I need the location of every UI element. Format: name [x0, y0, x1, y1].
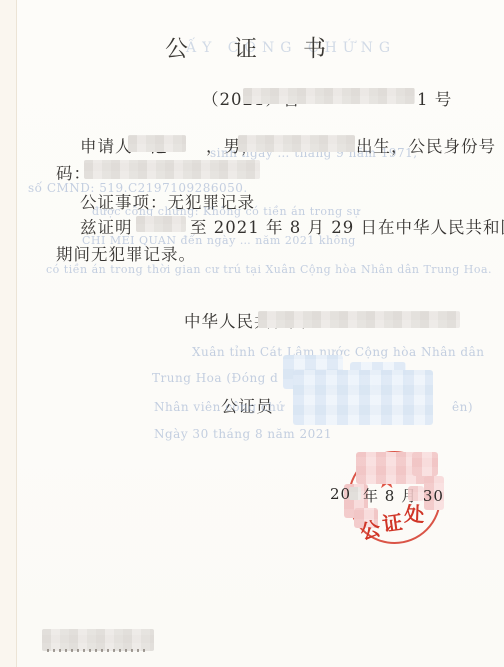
applicant-part3: 出生，公民身份号	[356, 133, 496, 157]
redaction-birth-date	[238, 135, 355, 152]
redaction-date-mid	[349, 487, 361, 500]
redaction-signature-block	[293, 370, 433, 425]
ghost-certify-line2: có tiền án trong thời gian cư trú tại Xu…	[46, 263, 492, 276]
paper-edge-line	[16, 0, 17, 667]
ghost-notary-line: Nhân viên công chứ	[154, 400, 285, 414]
cert-number-suffix: 1 号	[417, 86, 452, 110]
redaction-certify-name	[136, 216, 186, 232]
redaction-footer	[42, 629, 154, 651]
issue-date-part2: 年 8 月 30	[363, 485, 444, 506]
ghost-date-line: Ngày 30 tháng 8 năm 2021	[154, 427, 332, 441]
certify-line2: 期间无犯罪记录。	[56, 241, 196, 265]
redaction-stamp-topright	[412, 452, 438, 476]
issue-date-part1: 20	[330, 485, 351, 503]
redaction-cert-number	[243, 88, 415, 104]
notarial-certificate-scan: ẤY CÔNG CHỨNG 公证书 （2021）吉 1 号 sinh ngày …	[0, 0, 504, 667]
redaction-issuer-name	[258, 311, 460, 328]
redaction-applicant-name	[128, 135, 186, 152]
page-title: 公证书	[165, 30, 372, 63]
redaction-date-end	[408, 486, 424, 501]
footer-dash-marks	[47, 649, 149, 652]
paper-edge-strip	[0, 0, 16, 667]
redaction-id-number	[84, 160, 260, 179]
ghost-issuer-line2: Trung Hoa (Đóng d	[152, 371, 278, 385]
ghost-notary-line-end: ên)	[452, 400, 473, 414]
